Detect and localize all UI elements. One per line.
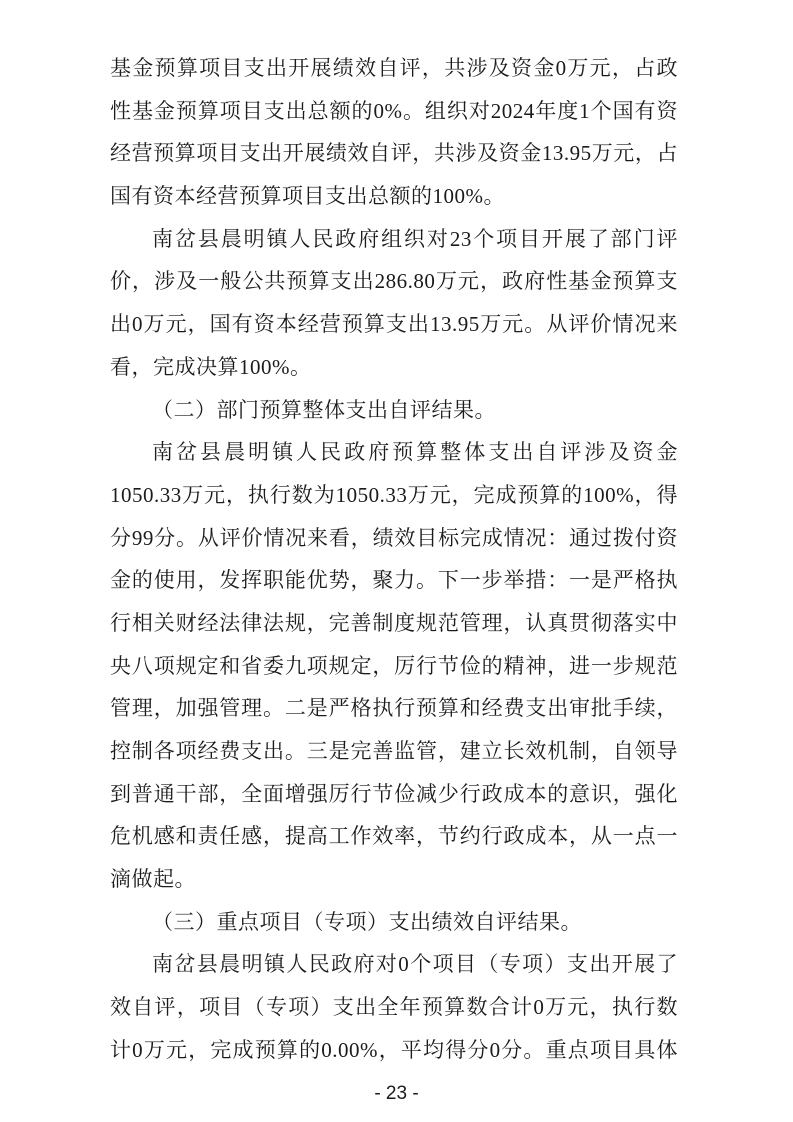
text-line: 出0万元，国有资本经营预算支出13.95万元。从评价情况来 [110,303,678,346]
text-line: 国有资本经营预算项目支出总额的100%。 [110,175,678,218]
text-line: （二）部门预算整体支出自评结果。 [110,389,678,432]
text-line: 控制各项经费支出。三是完善监管，建立长效机制，自领导 [110,730,678,773]
text-line: （三）重点项目（专项）支出绩效自评结果。 [110,901,678,944]
page-number: - 23 - [0,1083,793,1105]
text-line: 到普通干部，全面增强厉行节俭减少行政成本的意识，强化 [110,773,678,816]
text-line: 行相关财经法律法规，完善制度规范管理，认真贯彻落实中 [110,602,678,645]
document-body: 基金预算项目支出开展绩效自评，共涉及资金0万元，占政府性基金预算项目支出总额的0… [110,47,678,1072]
text-line: 价，涉及一般公共预算支出286.80万元，政府性基金预算支 [110,260,678,303]
text-line: 性基金预算项目支出总额的0%。组织对2024年度1个国有资本 [110,90,678,133]
text-line: 基金预算项目支出开展绩效自评，共涉及资金0万元，占政府 [110,47,678,90]
text-line: 南岔县晨明镇人民政府组织对23个项目开展了部门评 [110,218,678,261]
text-line: 南岔县晨明镇人民政府预算整体支出自评涉及资金 [110,431,678,474]
text-line: 危机感和责任感，提高工作效率，节约行政成本，从一点一 [110,815,678,858]
document-page: 基金预算项目支出开展绩效自评，共涉及资金0万元，占政府性基金预算项目支出总额的0… [0,0,793,1122]
text-line: 看，完成决算100%。 [110,346,678,389]
text-line: 金的使用，发挥职能优势，聚力。下一步举措：一是严格执 [110,559,678,602]
text-line: 央八项规定和省委九项规定，厉行节俭的精神，进一步规范 [110,645,678,688]
text-line: 分99分。从评价情况来看，绩效目标完成情况：通过拨付资 [110,517,678,560]
text-line: 1050.33万元，执行数为1050.33万元，完成预算的100%，得 [110,474,678,517]
text-line: 管理，加强管理。二是严格执行预算和经费支出审批手续， [110,687,678,730]
text-line: 滴做起。 [110,858,678,901]
text-line: 南岔县晨明镇人民政府对0个项目（专项）支出开展了绩 [110,943,678,986]
text-line: 经营预算项目支出开展绩效自评，共涉及资金13.95万元，占 [110,132,678,175]
text-line: 效自评，项目（专项）支出全年预算数合计0万元，执行数合 [110,986,678,1029]
text-line: 计0万元，完成预算的0.00%，平均得分0分。重点项目具体情 [110,1029,678,1072]
